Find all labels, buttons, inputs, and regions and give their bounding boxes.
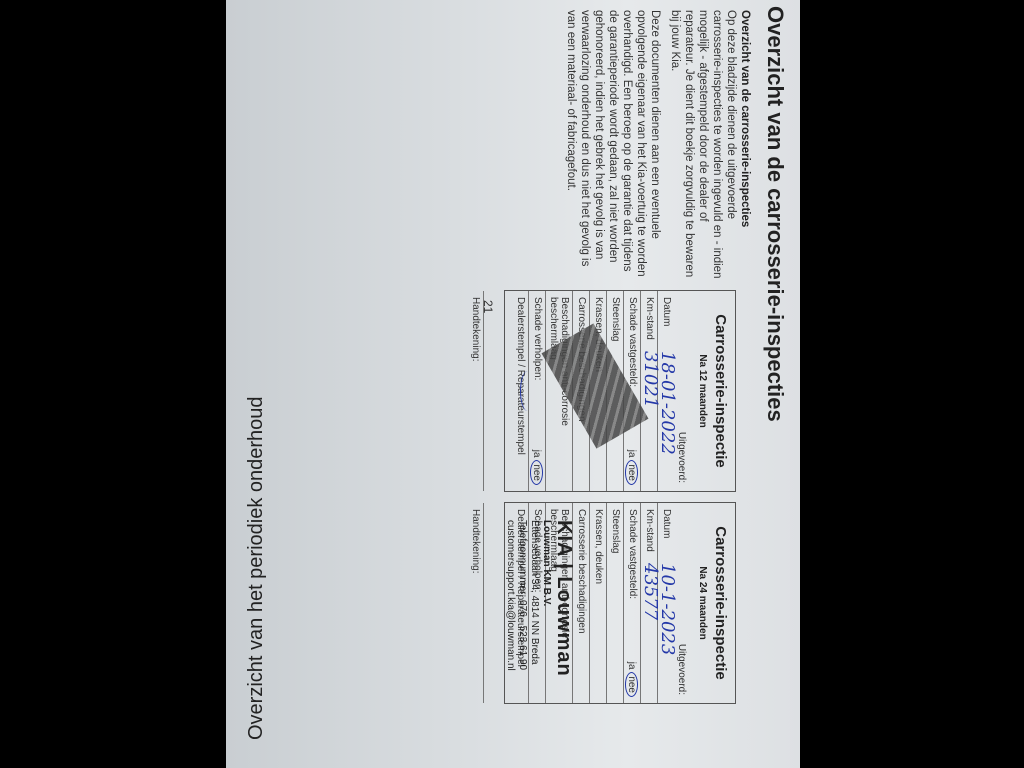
km-value: 31021: [640, 351, 661, 408]
schade-options: ja nee: [625, 662, 638, 697]
inspection-title: Carrosserie-inspectie: [712, 291, 729, 491]
inspection-box-12-months: Carrosserie-inspectie Na 12 maanden Uitg…: [504, 290, 736, 492]
steenslag-row: Steenslag: [606, 503, 623, 703]
datum-label: Datum: [661, 297, 672, 326]
signature-mark: [520, 371, 535, 411]
page-number: 21: [481, 300, 495, 313]
verholpen-options: ja nee: [530, 450, 543, 485]
bottom-title: Overzicht van het periodiek onderhoud: [245, 396, 268, 740]
kia-louwman-logo: KIA | Louwman: [552, 520, 575, 750]
inspection-title: Carrosserie-inspectie: [712, 503, 729, 703]
booklet-page: Overzicht van de carrosserie-inspecties …: [226, 0, 800, 768]
page-title: Overzicht van de carrosserie-inspecties: [762, 6, 788, 422]
option-nee-circled: nee: [530, 460, 543, 485]
rotated-content: Overzicht van de carrosserie-inspecties …: [226, 0, 800, 768]
intro-paragraph-2: Deze documenten dienen aan een eventuele…: [564, 10, 662, 280]
handtekening-row: Handtekening:: [467, 291, 483, 491]
stamp-company: Louwman KM B.V.: [540, 520, 552, 750]
intro-heading: Overzicht van de carrosserie-inspecties: [739, 10, 751, 227]
datum-label: Datum: [661, 509, 672, 538]
km-row: Km-stand 43577: [640, 503, 657, 703]
km-row: Km-stand 31021: [640, 291, 657, 491]
option-nee-circled: nee: [625, 460, 638, 485]
option-ja: ja: [626, 662, 637, 670]
inspection-subtitle: Na 24 maanden: [697, 503, 708, 703]
km-label: Km-stand: [644, 297, 655, 340]
krassen-row: Krassen, deuken: [589, 503, 606, 703]
background-right: [800, 0, 1024, 768]
option-ja: ja: [626, 450, 637, 458]
option-ja: ja: [531, 450, 542, 458]
stamp-address: Ettensebaan 34, 4814 NN Breda: [528, 520, 540, 750]
km-value: 43577: [640, 563, 661, 620]
handtekening-row: Handtekening:: [467, 503, 483, 703]
schade-label: Schade vastgesteld:: [627, 509, 638, 599]
schade-label: Schade vastgesteld:: [627, 297, 638, 387]
background-left: [0, 0, 226, 768]
intro-text: Overzicht van de carrosserie-inspecties …: [558, 10, 752, 280]
intro-paragraph-1: Op deze bladzijde dienen de uitgevoerde …: [669, 10, 737, 278]
schade-row: Schade vastgesteld: ja nee: [623, 503, 640, 703]
inspection-subtitle: Na 12 maanden: [697, 291, 708, 491]
stamp-email: customersupport.kia@louwman.nl: [504, 520, 516, 750]
option-nee-circled: nee: [625, 672, 638, 697]
stamp-phone: Telefoonnummer: 076 - 523 61 90: [516, 520, 528, 750]
schade-options: ja nee: [625, 450, 638, 485]
verholpen-label: Schade verholpen:: [532, 297, 543, 380]
dealer-stamp: KIA | Louwman Louwman KM B.V. Ettensebaa…: [504, 520, 575, 750]
km-label: Km-stand: [644, 509, 655, 552]
